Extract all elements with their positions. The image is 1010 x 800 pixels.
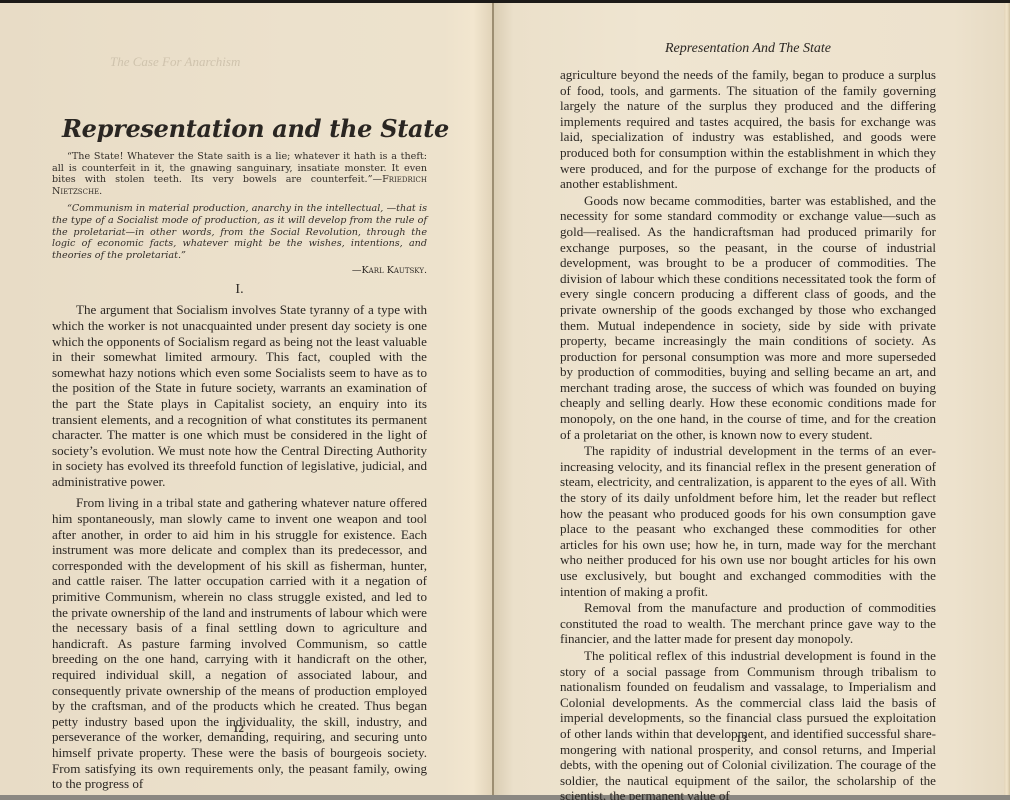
body-paragraph: Removal from the manufacture and product… — [560, 600, 936, 647]
page-number-right: 13 — [736, 733, 747, 745]
chapter-title: Representation and the State — [62, 114, 427, 143]
left-page-content: Representation and the State “The State!… — [52, 114, 427, 798]
body-paragraph: The argument that Socialism involves Sta… — [52, 302, 427, 489]
body-paragraph: Goods now became commodities, barter was… — [560, 193, 936, 443]
epigraph-text: “Communism in material production, anarc… — [52, 203, 427, 260]
right-page-content: Representation And The State agriculture… — [560, 41, 936, 800]
bleed-through-header: The Case For Anarchism — [110, 54, 240, 70]
epigraph-author: —Karl Kautsky. — [52, 265, 427, 276]
body-paragraph: From living in a tribal state and gather… — [52, 495, 427, 791]
epigraph-nietzsche: “The State! Whatever the State saith is … — [52, 151, 427, 197]
book-spine — [492, 3, 494, 795]
page-number-left: 12 — [233, 723, 244, 735]
epigraph-text: “The State! Whatever the State saith is … — [52, 151, 427, 185]
section-number: I. — [52, 282, 427, 298]
body-paragraph: The rapidity of industrial development i… — [560, 443, 936, 599]
page-edge — [1004, 3, 1010, 795]
running-head: Representation And The State — [560, 41, 936, 57]
body-paragraph: agriculture beyond the needs of the fami… — [560, 67, 936, 192]
epigraph-kautsky: “Communism in material production, anarc… — [52, 203, 427, 261]
body-paragraph: The political reflex of this industrial … — [560, 648, 936, 800]
book-spread: The Case For Anarchism Representation an… — [0, 0, 1010, 800]
